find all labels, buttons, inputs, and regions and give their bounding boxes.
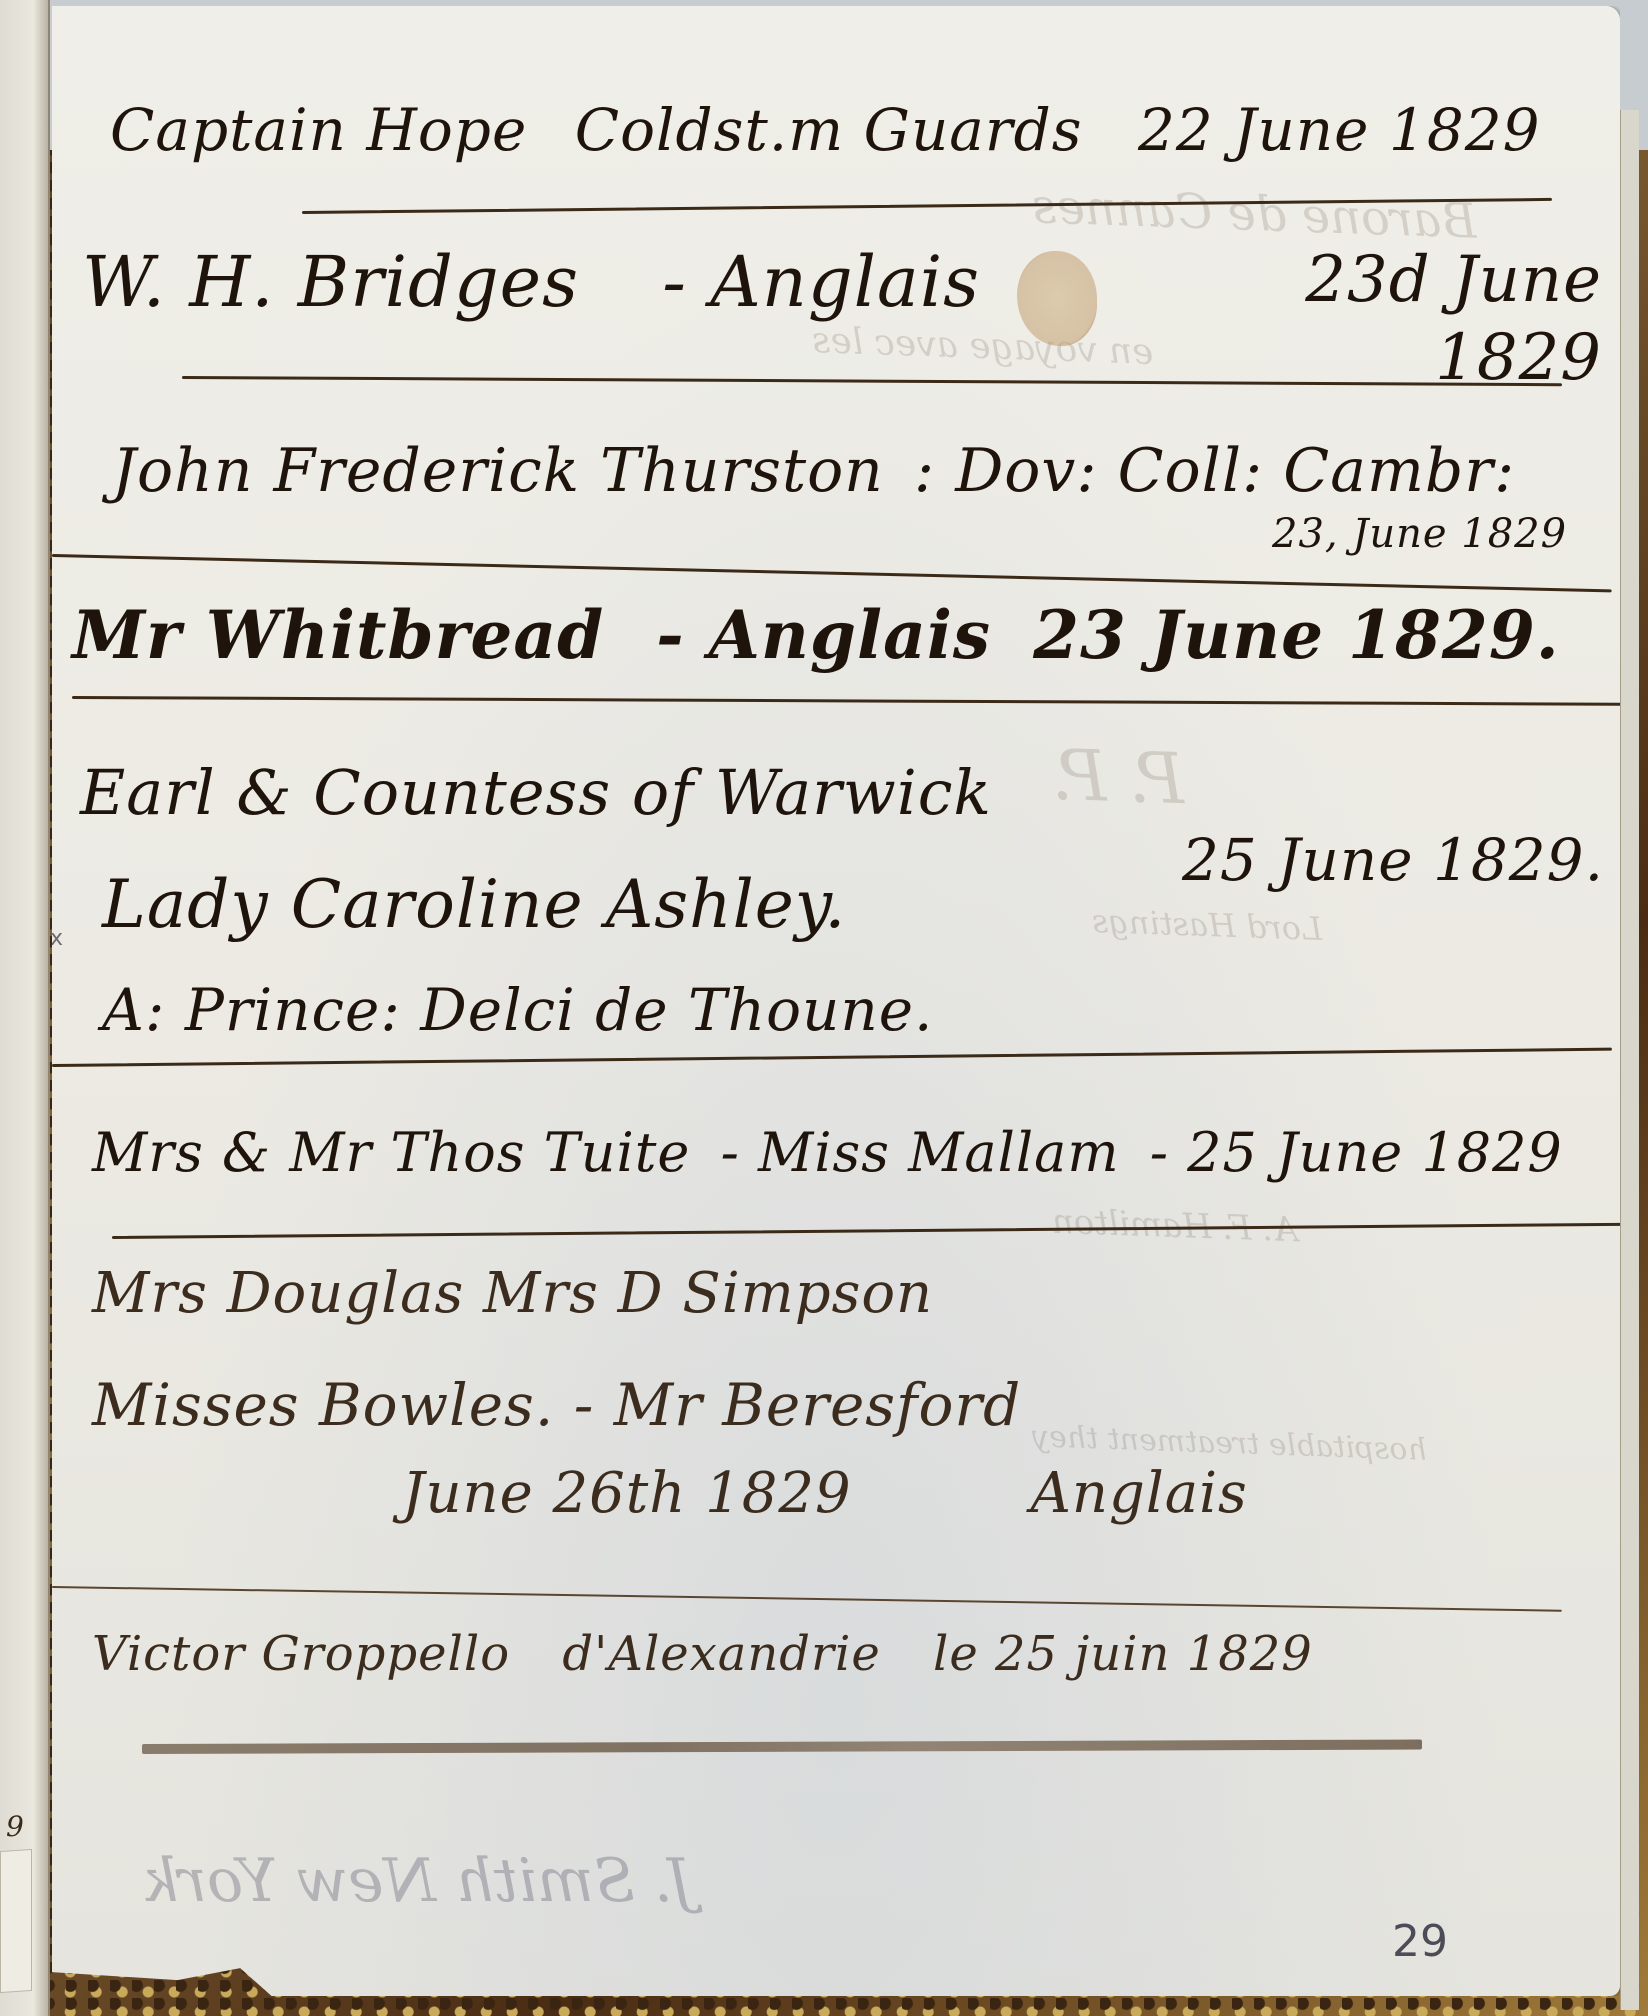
rear-page-edge xyxy=(1620,110,1639,2010)
show-through-text: P. P. xyxy=(1051,734,1186,821)
entry-name: W. H. Bridges xyxy=(82,241,579,323)
entry-note: - Miss Mallam xyxy=(721,1121,1120,1184)
entry-note: - Anglais xyxy=(656,596,991,674)
entry-line: A: Prince: Delci de Thoune. xyxy=(102,976,933,1044)
register-entry: Captain Hope Coldst.m Guards 22 June 182… xyxy=(110,96,1541,164)
entry-date: 23, June 1829 xyxy=(1272,511,1567,557)
manuscript-page: Barone de Cannes en voyage avec les P. P… xyxy=(52,6,1620,1996)
entry-date: - 25 June 1829 xyxy=(1150,1121,1563,1184)
closing-line xyxy=(142,1740,1422,1754)
entry-line: Lady Caroline Ashley. xyxy=(102,866,846,943)
pencil-show-through: J. Smith New York xyxy=(142,1846,693,1916)
divider-line xyxy=(112,1223,1622,1239)
register-entry: June 26th 1829 Anglais xyxy=(402,1461,1248,1526)
entry-note: d'Alexandrie xyxy=(562,1626,880,1682)
entry-date: June 26th 1829 xyxy=(402,1461,852,1526)
show-through-text: Lord Hastings xyxy=(1091,902,1323,948)
entry-date: le 25 juin 1829 xyxy=(933,1626,1313,1682)
entry-note: : Dov: Coll: Cambr: xyxy=(914,436,1515,506)
show-through-text: Barone de Cannes xyxy=(1031,178,1478,249)
entry-date: 23 June 1829. xyxy=(1033,596,1560,674)
entry-date: 22 June 1829 xyxy=(1138,96,1541,164)
page-tab xyxy=(0,1849,32,1993)
entry-name: Mr Whitbread xyxy=(72,596,604,674)
divider-line xyxy=(72,696,1632,706)
register-entry: W. H. Bridges - Anglais xyxy=(82,241,980,323)
register-entry: Mrs & Mr Thos Tuite - Miss Mallam - 25 J… xyxy=(92,1121,1563,1184)
entry-date: 23d June 1829 xyxy=(1202,241,1602,397)
register-entry: Victor Groppello d'Alexandrie le 25 juin… xyxy=(92,1626,1313,1682)
divider-line xyxy=(52,1586,1562,1612)
entry-date: 25 June 1829. xyxy=(1182,826,1604,894)
entry-name: Mrs & Mr Thos Tuite xyxy=(92,1121,690,1184)
divider-line xyxy=(302,198,1552,214)
register-entry: John Frederick Thurston : Dov: Coll: Cam… xyxy=(112,436,1515,506)
divider-line xyxy=(52,554,1612,592)
show-through-text: en voyage avec les xyxy=(811,320,1154,373)
entry-line: Earl & Countess of Warwick xyxy=(80,756,992,829)
previous-page-edge: 9 xyxy=(0,0,50,2016)
entry-name: John Frederick Thurston xyxy=(112,436,884,506)
margin-fragment: 9 xyxy=(6,1810,24,1843)
water-stain xyxy=(1017,251,1097,346)
entry-note: Coldst.m Guards xyxy=(575,96,1083,164)
folio-number: 29 xyxy=(1392,1916,1448,1967)
entry-name: Captain Hope xyxy=(110,96,527,164)
entry-line: Misses Bowles. - Mr Beresford xyxy=(92,1371,1021,1439)
divider-line xyxy=(52,1048,1612,1067)
entry-note: - Anglais xyxy=(662,241,980,323)
register-entry: Mr Whitbread - Anglais 23 June 1829. xyxy=(72,596,1560,674)
entry-line: Mrs Douglas Mrs D Simpson xyxy=(92,1261,933,1326)
entry-name: Victor Groppello xyxy=(92,1626,510,1682)
entry-note: Anglais xyxy=(1030,1461,1247,1526)
